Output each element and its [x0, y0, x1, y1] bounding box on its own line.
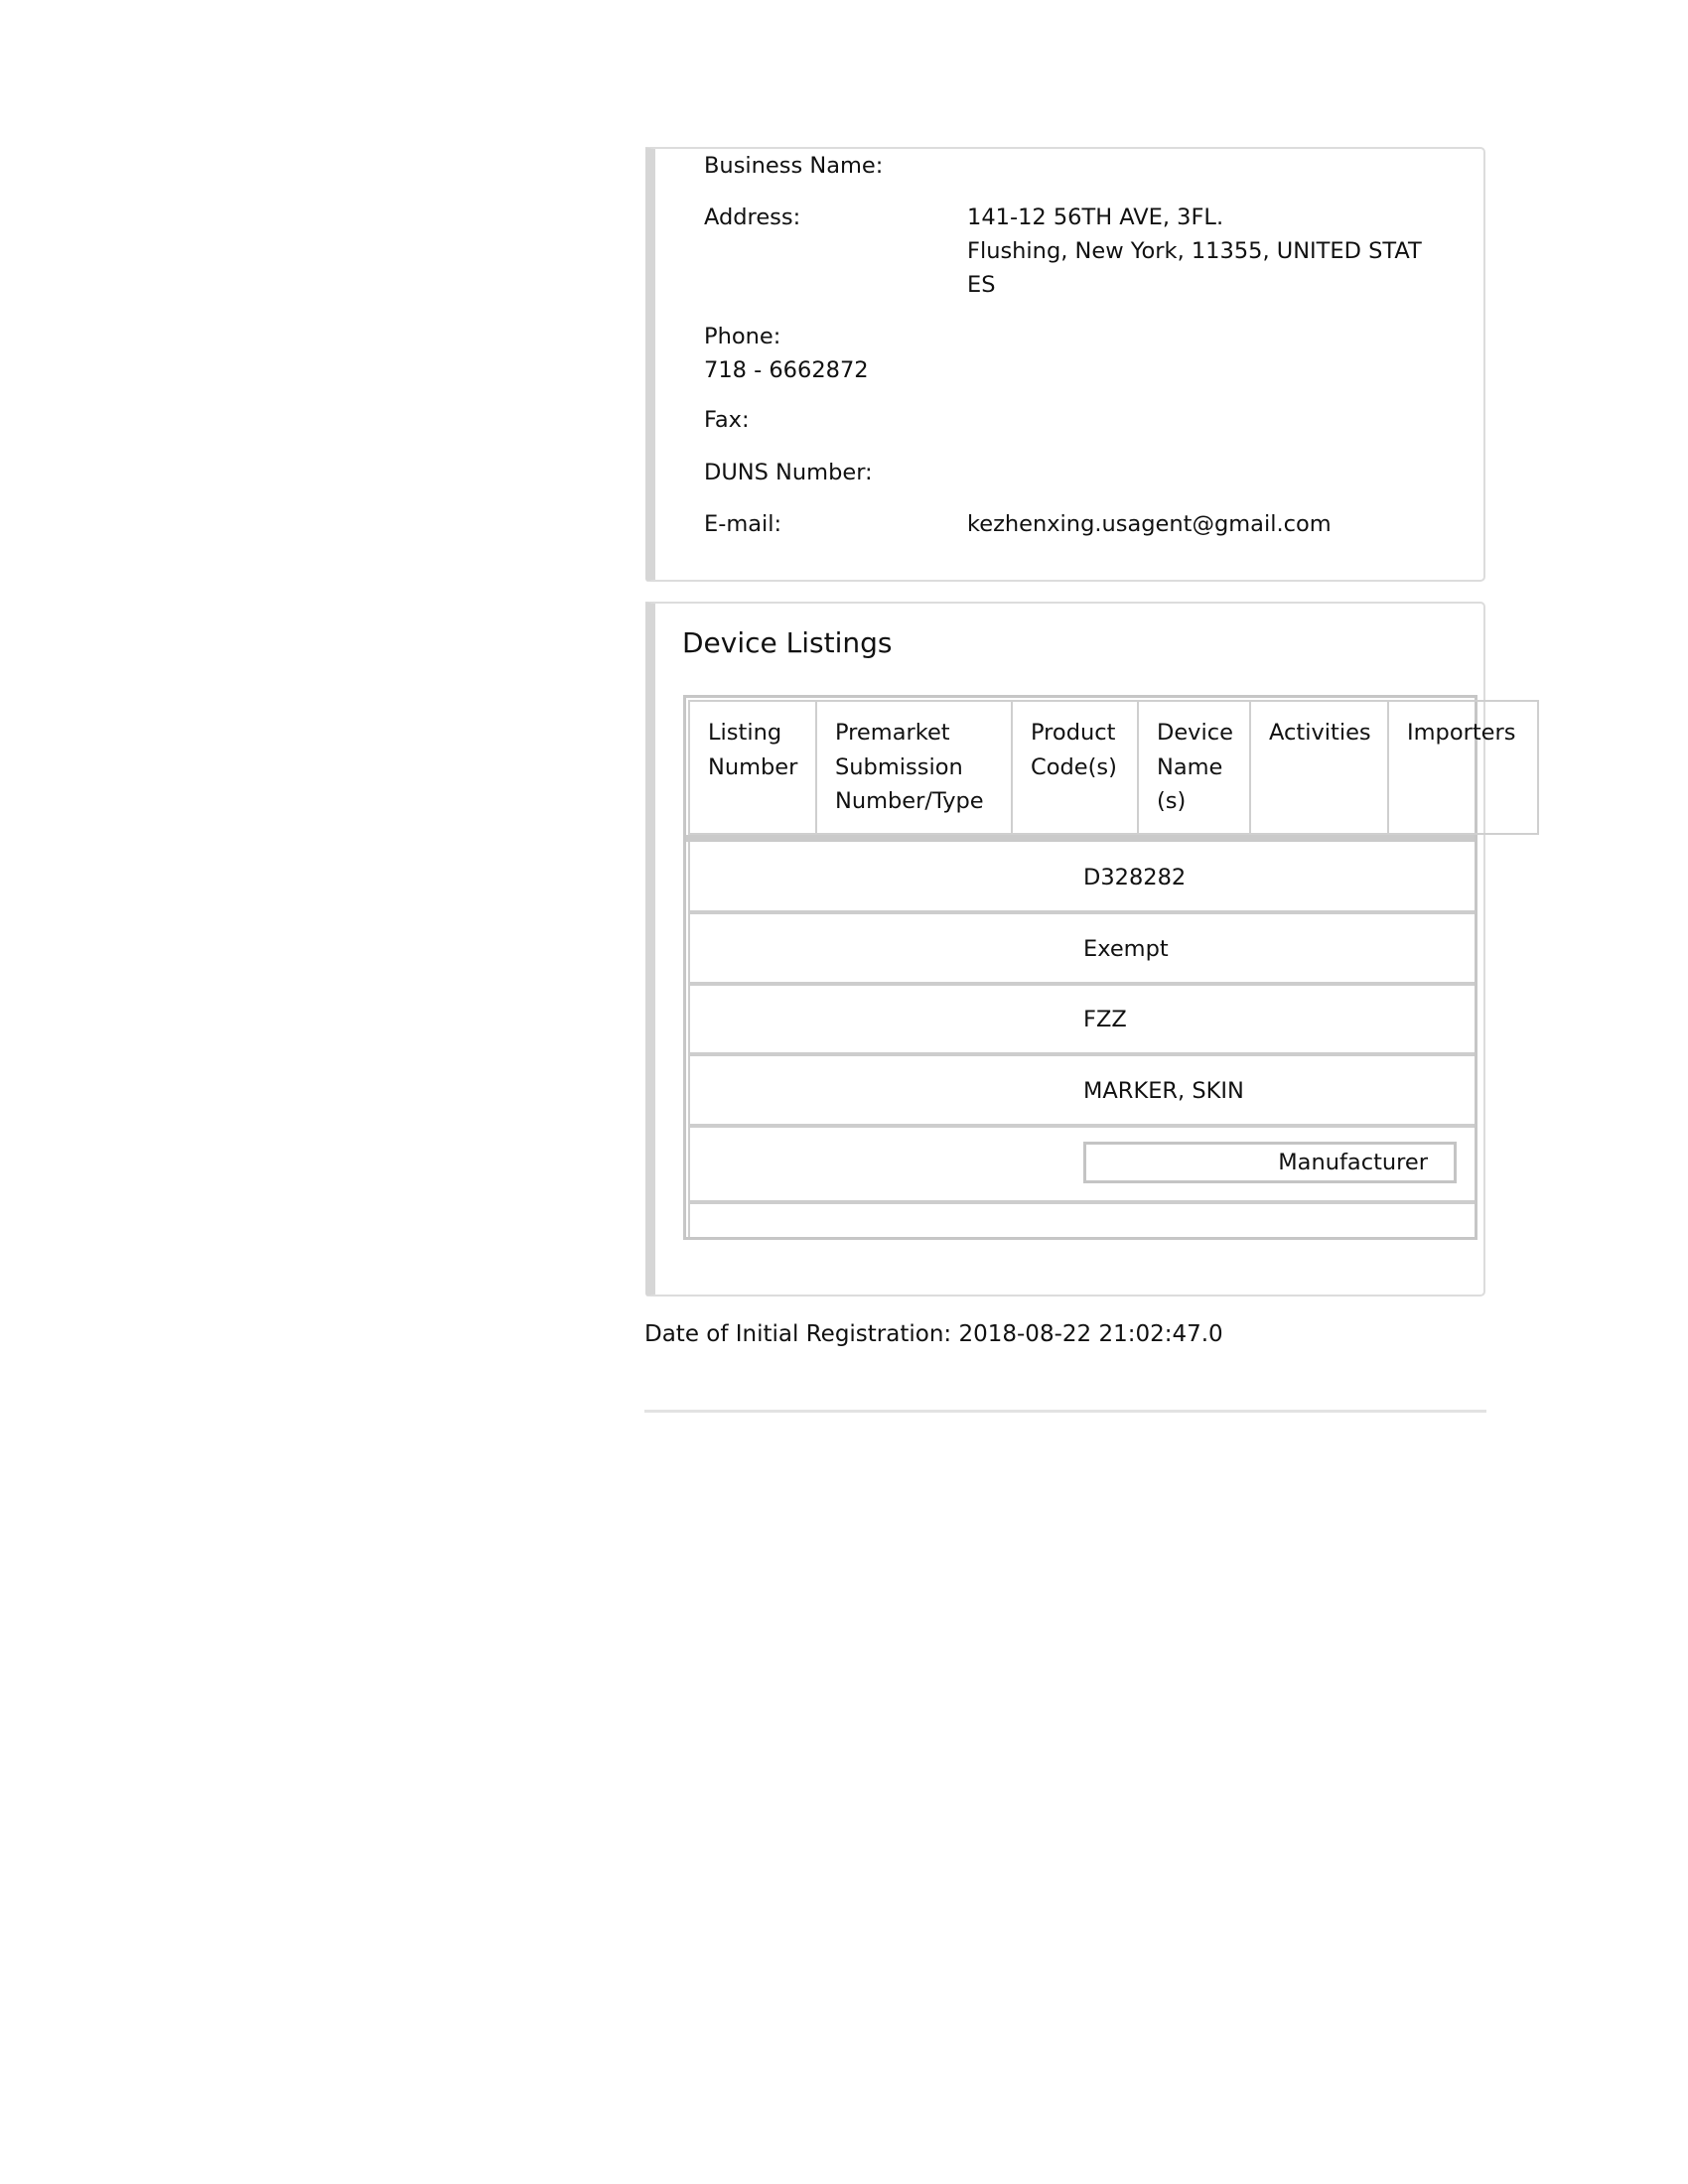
fax-label: Fax:	[704, 403, 750, 437]
premarket-submission-cell: Exempt	[1083, 932, 1169, 966]
column-header-listing-number: Listing Number	[688, 700, 817, 835]
table-row: FZZ	[688, 986, 1475, 1056]
column-header-activities: Activities	[1251, 700, 1389, 835]
column-header-label: Device Name (s)	[1157, 720, 1233, 814]
activities-cell: Manufacturer	[1083, 1142, 1457, 1183]
table-header: Listing Number Premarket Submission Numb…	[688, 700, 1602, 835]
column-header-product-codes: Product Code(s)	[1013, 700, 1139, 835]
header-divider	[686, 835, 1475, 842]
column-header-device-name: Device Name (s)	[1139, 700, 1251, 835]
business-name-label: Business Name:	[704, 149, 883, 183]
phone-value: 718 - 6662872	[704, 353, 869, 387]
address-line-3: ES	[967, 268, 996, 302]
table-row: MARKER, SKIN	[688, 1056, 1475, 1128]
table-row: Manufacturer	[688, 1128, 1475, 1204]
address-line-2: Flushing, New York, 11355, UNITED STAT	[967, 234, 1422, 268]
initial-registration-date: Date of Initial Registration: 2018-08-22…	[644, 1317, 1223, 1351]
listing-number-cell: D328282	[1083, 861, 1186, 894]
column-header-importers: Importers	[1389, 700, 1539, 835]
column-header-label: Activities	[1269, 720, 1371, 746]
email-value[interactable]: kezhenxing.usagent@gmail.com	[967, 507, 1332, 541]
device-listings-card: Device Listings Listing Number Premarket…	[645, 602, 1485, 1297]
device-name-cell: MARKER, SKIN	[1083, 1074, 1244, 1108]
column-header-label: Importers	[1407, 720, 1516, 746]
phone-label: Phone:	[704, 320, 780, 353]
activity-label: Manufacturer	[1278, 1150, 1428, 1175]
email-label: E-mail:	[704, 507, 781, 541]
product-code-cell: FZZ	[1083, 1003, 1127, 1036]
duns-label: DUNS Number:	[704, 456, 873, 489]
divider	[644, 1410, 1486, 1413]
contact-info-card: Business Name: Address: 141-12 56TH AVE,…	[645, 147, 1485, 582]
section-title: Device Listings	[682, 623, 893, 663]
column-header-premarket-submission: Premarket Submission Number/Type	[817, 700, 1013, 835]
column-header-label: Listing Number	[708, 720, 797, 780]
column-header-label: Product Code(s)	[1031, 720, 1117, 780]
address-line-1: 141-12 56TH AVE, 3FL.	[967, 201, 1223, 234]
table-row: Exempt	[688, 914, 1475, 986]
table-row-empty	[688, 1204, 1475, 1237]
address-label: Address:	[704, 201, 800, 234]
device-listings-table: Listing Number Premarket Submission Numb…	[683, 695, 1477, 1240]
column-header-label: Premarket Submission Number/Type	[835, 720, 984, 814]
table-row: D328282	[688, 842, 1475, 914]
